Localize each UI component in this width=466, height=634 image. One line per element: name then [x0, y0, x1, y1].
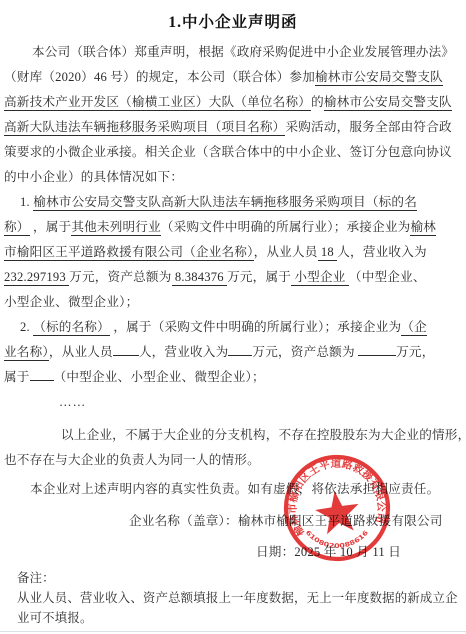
text-segment: 业可不填报。 — [17, 611, 93, 625]
document-title: 1.中小企业声明函 — [4, 8, 462, 40]
text-segment: 2. — [20, 320, 33, 334]
text-line: 市榆阳区王平道路救援有限公司（企业名称），从业人员 18 人，营业收入为 — [4, 240, 462, 265]
page-bottom-edge — [0, 631, 466, 632]
text-segment: 也不存在与大企业的负责人为同一人的情形。 — [4, 453, 260, 467]
filled-field: 18 — [318, 245, 338, 261]
filled-field: 称） — [4, 220, 30, 236]
text-line: 2. （标的名称） ，属于（采购文件中明确的所属行业）；承接企业为（企 — [4, 315, 462, 340]
filled-field: 232.297193 — [4, 270, 69, 286]
text-line: 本企业对上述声明内容的真实性负责。如有虚假，将依法承担相应责任。 — [4, 477, 462, 502]
text-segment: 企业名称（盖章）：榆林市榆阳区王平道路救援有限公司 — [129, 514, 443, 528]
text-segment: 的中小企业）的具体情况如下： — [4, 170, 183, 184]
text-segment: 从业人员、营业收入、资产总额填报上一年度数据，无上一年度数据的新成立企 — [17, 591, 458, 605]
filled-field: （标的名称） — [33, 320, 110, 336]
text-line: 1. 榆林市公安局交警支队高新大队违法车辆拖移服务采购项目（标的名 — [4, 190, 462, 215]
text-line: 策要求的小微企业承接。相关企业（含联合体中的中小企业、签订分包意向协议 — [4, 140, 462, 165]
text-line: 备注： — [4, 568, 462, 588]
filled-field: 高新大队违法车辆拖移服务采购项目（项目名称） — [4, 120, 285, 136]
text-segment: 万元，资产总额为 — [252, 345, 358, 359]
text-line: 232.297193 万元，资产总额为 8.384376 万元，属于 小型企业 … — [4, 265, 462, 290]
text-segment: （财库（2020）46 号）的规定，本公司（联合体）参加 — [4, 70, 315, 84]
blank-field — [358, 342, 396, 356]
text-line: （财库（2020）46 号）的规定，本公司（联合体）参加榆林市公安局交警支队 — [4, 65, 462, 90]
text-segment: 人，营业收入为 — [337, 245, 427, 259]
text-segment: 的 — [311, 95, 324, 109]
text-line: 业可不填报。 — [4, 608, 462, 628]
text-segment: 以上企业，不属于大企业的分支机构，不存在控股股东为大企业的情形， — [61, 428, 466, 442]
text-line: 小型企业、微型企业）； — [4, 290, 462, 315]
text-segment: 小型企业、微型企业）； — [4, 295, 138, 309]
text-segment: 采购活动，服务全部由符合政 — [285, 120, 451, 134]
filled-field: 榆林市公安局交警支队 — [324, 95, 452, 111]
document-body: 本公司（联合体）郑重声明，根据《政府采购促进中小企业发展管理办法》（财库（202… — [4, 40, 462, 628]
blank-field — [30, 367, 54, 381]
text-segment: 1. — [20, 195, 33, 209]
text-line: 属于（中型企业、小型企业、微型企业）； — [4, 365, 462, 390]
filled-field: 榆林市公安局交警支队高新大队违法车辆拖移服务采购项目（标的名 — [33, 195, 417, 211]
text-segment: 日期：2025 年 10 月 11 日 — [256, 545, 401, 559]
text-line: 日期：2025 年 10 月 11 日 — [4, 540, 462, 565]
text-line: 企业名称（盖章）：榆林市榆阳区王平道路救援有限公司 — [4, 509, 462, 534]
text-segment: 万元， — [396, 345, 434, 359]
filled-field: 其他未列明行业 — [71, 220, 161, 236]
filled-field: 高新技术产业开发区（榆横工业区）大队（单位名称） — [4, 95, 311, 111]
text-segment: ，从业人员 — [49, 345, 113, 359]
text-line: …… — [4, 390, 462, 415]
text-segment: 本公司（联合体）郑重声明，根据《政府采购促进中小企业发展管理办法》 — [32, 45, 454, 59]
filled-field: 小型企业 — [291, 270, 349, 286]
text-segment: ，属于 — [30, 220, 72, 234]
text-line: 也不存在与大企业的负责人为同一人的情形。 — [4, 448, 462, 473]
filled-field: 榆林 — [410, 220, 436, 236]
filled-field: （企 — [401, 320, 427, 336]
text-line: 业名称），从业人员人，营业收入为万元，资产总额为 万元， — [4, 340, 462, 365]
filled-field: 8.384376 — [172, 270, 228, 286]
text-line: 从业人员、营业收入、资产总额填报上一年度数据，无上一年度数据的新成立企 — [4, 588, 462, 608]
text-segment: ，从业人员 — [254, 245, 318, 259]
text-line: 以上企业，不属于大企业的分支机构，不存在控股股东为大企业的情形， — [4, 423, 462, 448]
text-segment: （中型企业、小型企业、微型企业）； — [54, 370, 265, 384]
text-line: 的中小企业）的具体情况如下： — [4, 165, 462, 190]
text-segment: 万元，资产总额为 — [69, 270, 171, 284]
text-segment: （采购文件中明确的所属行业）；承接企业为 — [161, 220, 411, 234]
filled-field: 榆林市公安局交警支队 — [315, 70, 443, 86]
text-line: 称） ，属于其他未列明行业（采购文件中明确的所属行业）；承接企业为榆林 — [4, 215, 462, 240]
filled-field: 业名称） — [4, 345, 49, 361]
blank-field — [228, 342, 252, 356]
text-segment: 本企业对上述声明内容的真实性负责。如有虚假，将依法承担相应责任。 — [30, 482, 439, 496]
text-segment: ，属于（采购文件中明确的所属行业）；承接企业为 — [110, 320, 401, 334]
text-segment: 备注： — [17, 571, 55, 585]
text-segment: …… — [59, 395, 86, 409]
text-line: 高新技术产业开发区（榆横工业区）大队（单位名称）的榆林市公安局交警支队 — [4, 90, 462, 115]
text-segment: 人，营业收入为 — [139, 345, 229, 359]
text-line: 本公司（联合体）郑重声明，根据《政府采购促进中小企业发展管理办法》 — [4, 40, 462, 65]
text-segment: 策要求的小微企业承接。相关企业（含联合体中的中小企业、签订分包意向协议 — [4, 145, 452, 159]
declaration-document: 1.中小企业声明函 本公司（联合体）郑重声明，根据《政府采购促进中小企业发展管理… — [0, 0, 466, 634]
text-segment: 万元，属于 — [227, 270, 291, 284]
text-line: 高新大队违法车辆拖移服务采购项目（项目名称）采购活动，服务全部由符合政 — [4, 115, 462, 140]
blank-field — [113, 342, 139, 356]
filled-field: 市榆阳区王平道路救援有限公司（企业名称） — [4, 245, 254, 261]
text-segment: 属于 — [4, 370, 30, 384]
text-segment: （中型企业、 — [349, 270, 426, 284]
